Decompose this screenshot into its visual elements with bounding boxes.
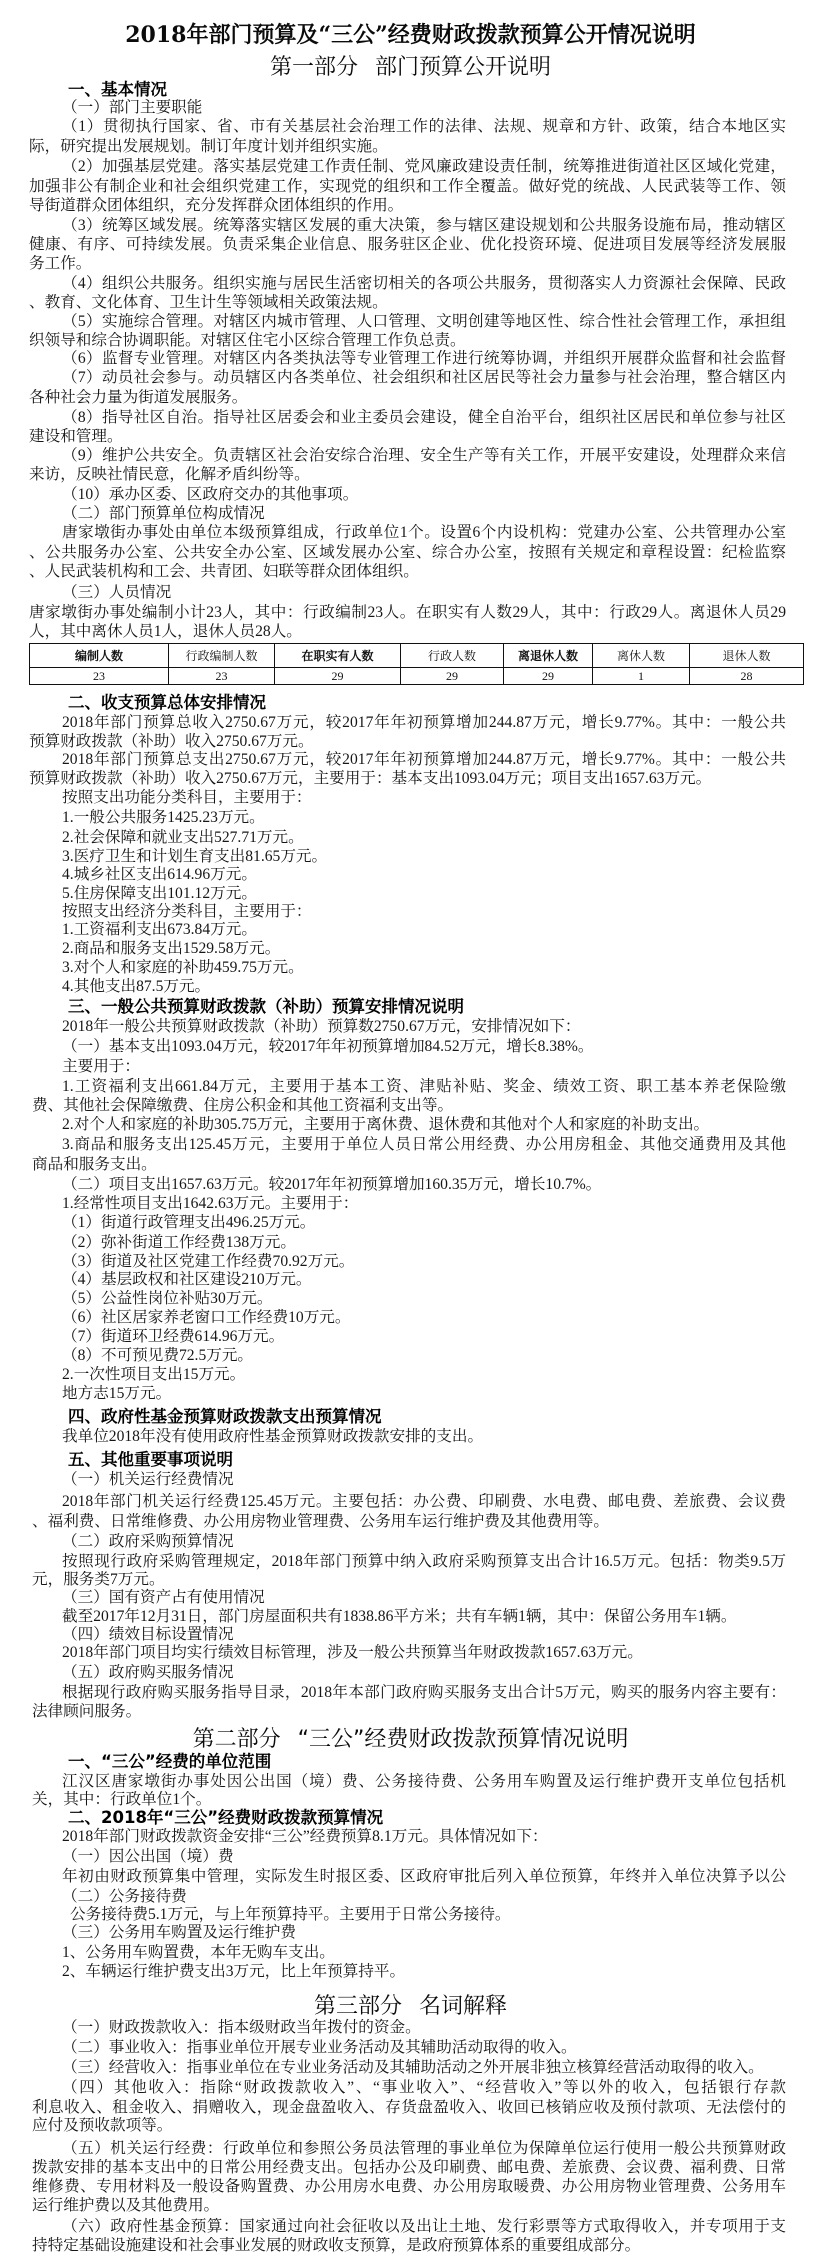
subsection-title: （二）部门预算单位构成情况 xyxy=(62,504,265,524)
text-line: 2018年部门预算总支出2750.67万元，较2017年年初预算增加244.87… xyxy=(62,750,786,770)
text-line: 法律顾问服务。 xyxy=(32,1702,141,1722)
list-item: 3.医疗卫生和计划生育支出81.65万元。 xyxy=(62,847,327,867)
text-line: 运行维护费以及其他费用。 xyxy=(32,2196,219,2216)
text-line: 建设和管理。 xyxy=(29,427,123,447)
text-line: 唐家墩街办事处编制小计23人，其中：行政编制23人。在职实有人数29人，其中：行… xyxy=(29,603,786,623)
text-line: 、教育、文化体育、卫生计生等领域相关政策法规。 xyxy=(29,293,388,313)
table-row: 23 23 29 29 29 1 28 xyxy=(30,668,804,685)
text-line: 预算财政拨款（补助）收入2750.67万元，主要用于：基本支出1093.04万元… xyxy=(29,769,711,789)
text-line: 人，其中离休人员1人，退休人员28人。 xyxy=(29,622,302,642)
part-heading: 第一部分 部门预算公开说明 xyxy=(0,54,821,82)
glossary-item: （二）事业收入：指事业单位开展专业业务活动及其辅助活动取得的收入。 xyxy=(62,2038,577,2058)
text-line: 主要用于： xyxy=(62,1057,140,1077)
text-line: 利息收入、租金收入、捐赠收入，现金盘盈收入、存货盘盈收入、收回已核销应收及预付款… xyxy=(32,2098,786,2118)
list-item: （4）基层政权和社区建设210万元。 xyxy=(62,1270,312,1290)
text-line: 2018年部门预算总收入2750.67万元，较2017年年初预算增加244.87… xyxy=(62,713,786,733)
text-line: 导街道群众团体组织，充分发挥群众团体组织的作用。 xyxy=(29,196,403,216)
text-line: 按照现行政府采购管理规定，2018年部门预算中纳入政府采购预算支出合计16.5万… xyxy=(62,1552,786,1572)
text-line: （4）组织公共服务。组织实施与居民生活密切相关的各项公共服务，贯彻落实人力资源社… xyxy=(62,274,786,294)
document-page: 2018年部门预算及“三公”经费财政拨款预算公开情况说明 第一部分 部门预算公开… xyxy=(0,0,821,2263)
table-header-cell: 在职实有人数 xyxy=(275,644,401,668)
list-item: 5.住房保障支出101.12万元。 xyxy=(62,884,257,904)
glossary-item: （五）机关运行经费：行政单位和参照公务员法管理的事业单位为保障单位运行使用一般公… xyxy=(62,2139,786,2159)
text-line: 持特定基础设施建设和社会事业发展的财政收支预算，是政府预算体系的重要组成部分。 xyxy=(32,2236,640,2256)
list-item: 1.一般公共服务1425.23万元。 xyxy=(62,808,265,828)
text-line: 维修费、专用材料及一般设备购置费、办公用房水电费、办公用房取暖费、办公用房物业管… xyxy=(32,2177,786,2197)
text-line: 按照支出经济分类科目，主要用于： xyxy=(62,902,312,922)
text-line: 应付及预收款项等。 xyxy=(32,2116,172,2136)
text-line: 来访，反映社情民意，化解矛盾纠纷等。 xyxy=(29,465,310,485)
table-cell: 23 xyxy=(30,668,169,685)
text-line: （9）维护公共安全。负责辖区社会治安综合治理、安全生产等有关工作，开展平安建设，… xyxy=(62,446,786,466)
text-line: （6）监督专业管理。对辖区内各类执法等专业管理工作进行统筹协调，并组织开展群众监… xyxy=(62,349,786,369)
text-line: 务工作。 xyxy=(29,254,91,274)
list-item: 4.其他支出87.5万元。 xyxy=(62,977,210,997)
table-header-cell: 离退休人数 xyxy=(504,644,593,668)
text-line: 年初由财政预算集中管理，实际发生时报区委、区政府审批后列入单位预算，年终并入单位… xyxy=(62,1867,786,1887)
text-line: （5）实施综合管理。对辖区内城市管理、人口管理、文明创建等地区性、综合性社会管理… xyxy=(62,312,786,332)
table-cell: 29 xyxy=(401,668,504,685)
glossary-item: （三）经营收入：指事业单位在专业业务活动及其辅助活动之外开展非独立核算经营活动取… xyxy=(62,2058,764,2078)
text-line: 、人民武装机构和工会、共青团、妇联等群众团体组织。 xyxy=(29,562,419,582)
text-line: 地方志15万元。 xyxy=(62,1384,171,1404)
list-item: （8）不可预见费72.5万元。 xyxy=(62,1346,253,1366)
section-heading: 四、政府性基金预算财政拨款支出预算情况 xyxy=(68,1407,382,1427)
subsection-title: （三）公务用车购置及运行维护费 xyxy=(62,1923,296,1943)
glossary-item: （四）其他收入：指除“财政拨款收入”、“事业收入”、“经营收入”等以外的收入，包… xyxy=(62,2078,786,2098)
text-line: 预算财政拨款（补助）收入2750.67万元。 xyxy=(29,732,314,752)
list-item: （1）街道行政管理支出496.25万元。 xyxy=(62,1213,315,1233)
list-item: （5）公益性岗位补贴30万元。 xyxy=(62,1289,273,1309)
subsection-title: （四）绩效目标设置情况 xyxy=(62,1625,234,1645)
list-item: 3.对个人和家庭的补助459.75万元。 xyxy=(62,958,304,978)
table-header-cell: 退休人数 xyxy=(690,644,804,668)
text-line: 根据现行政府购买服务指导目录，2018年本部门政府购买服务支出合计5万元，购买的… xyxy=(62,1683,786,1703)
section-heading: 一、基本情况 xyxy=(68,80,167,100)
text-line: 2018年部门机关运行经费125.45万元。主要包括：办公费、印刷费、水电费、邮… xyxy=(62,1492,786,1512)
subsection-title: （三）人员情况 xyxy=(62,583,171,603)
text-line: 健康、有序、可持续发展。负责采集企业信息、服务驻区企业、优化投资环境、促进项目发… xyxy=(29,235,786,255)
table-cell: 23 xyxy=(169,668,275,685)
list-item: 4.城乡社区支出614.96万元。 xyxy=(62,865,257,885)
text-line: 织领导和综合协调职能。对辖区住宅小区综合管理工作负总责。 xyxy=(29,331,466,351)
text-line: 1.工资福利支出661.84万元，主要用于基本工资、津贴补贴、奖金、绩效工资、职… xyxy=(62,1077,786,1097)
text-line: 我单位2018年没有使用政府性基金预算财政拨款安排的支出。 xyxy=(62,1427,483,1447)
table-header-cell: 行政编制人数 xyxy=(169,644,275,668)
text-line: 各种社会力量为街道发展服务。 xyxy=(29,388,247,408)
list-item: （6）社区居家养老窗口工作经费10万元。 xyxy=(62,1308,351,1328)
part-heading: 第三部分 名词解释 xyxy=(0,1993,821,2021)
table-cell: 29 xyxy=(275,668,401,685)
text-line: 加强非公有制企业和社会组织党建工作，实现党的组织和工作全覆盖。做好党的统战、人民… xyxy=(29,177,786,197)
text-line: 2.对个人和家庭的补助305.75万元，主要用于离休费、退休费和其他对个人和家庭… xyxy=(62,1115,709,1135)
subsection-title: （二）项目支出1657.63万元。较2017年年初预算增加160.35万元，增长… xyxy=(62,1175,601,1195)
subsection-title: （五）政府购买服务情况 xyxy=(62,1663,234,1683)
text-line: 费、其他社会保障缴费、住房公积金和其他工资福利支出等。 xyxy=(32,1096,453,1116)
subsection-title: （一）部门主要职能 xyxy=(62,98,202,118)
text-line: 3.商品和服务支出125.45万元，主要用于单位人员日常公用经费、办公用房租金、… xyxy=(62,1135,786,1155)
list-item: （7）街道环卫经费614.96万元。 xyxy=(62,1327,284,1347)
section-heading: 五、其他重要事项说明 xyxy=(68,1450,233,1470)
staff-table: 编制人数 行政编制人数 在职实有人数 行政人数 离退休人数 离休人数 退休人数 … xyxy=(29,643,804,685)
table-cell: 29 xyxy=(504,668,593,685)
list-item: 2、车辆运行维护费支出3万元，比上年预算持平。 xyxy=(62,1962,405,1982)
text-line: 1.经常性项目支出1642.63万元。主要用于： xyxy=(62,1194,358,1214)
text-line: （1）贯彻执行国家、省、市有关基层社会治理工作的法律、法规、规章和方针、政策，结… xyxy=(62,117,786,137)
subsection-title: （二）公务接待费 xyxy=(62,1887,187,1907)
part-heading: 第二部分 “三公”经费财政拨款预算情况说明 xyxy=(0,1726,821,1754)
list-item: （3）街道及社区党建工作经费70.92万元。 xyxy=(62,1252,354,1272)
subsection-title: （二）政府采购预算情况 xyxy=(62,1532,234,1552)
section-heading: 一、“三公”经费的单位范围 xyxy=(68,1752,271,1772)
glossary-item: （六）政府性基金预算：国家通过向社会征收以及出让土地、发行彩票等方式取得收入，并… xyxy=(62,2217,786,2237)
list-item: 2.社会保障和就业支出527.71万元。 xyxy=(62,828,304,848)
text-line: 截至2017年12月31日，部门房屋面积共有1838.86平方米；共有车辆1辆，… xyxy=(62,1607,736,1627)
text-line: 拨款安排的基本支出中的日常公用经费支出。包括办公及印刷费、邮电费、差旅费、会议费… xyxy=(32,2158,786,2178)
text-line: （3）统筹区域发展。统筹落实辖区发展的重大决策，参与辖区建设规划和公共服务设施布… xyxy=(62,216,786,236)
list-item: 1.工资福利支出673.84万元。 xyxy=(62,920,257,940)
subsection-title: （一）机关运行经费情况 xyxy=(62,1470,234,1490)
subsection-title: （三）国有资产占有使用情况 xyxy=(62,1588,265,1608)
section-heading: 三、一般公共预算财政拨款（补助）预算安排情况说明 xyxy=(68,997,464,1017)
text-line: 唐家墩街办事处由单位本级预算组成，行政单位1个。设置6个内设机构：党建办公室、公… xyxy=(62,523,786,543)
table-header-cell: 离休人数 xyxy=(593,644,690,668)
text-line: 、公共服务办公室、公共安全办公室、区域发展办公室、综合办公室，按照有关规定和章程… xyxy=(29,543,786,563)
table-header-cell: 编制人数 xyxy=(30,644,169,668)
text-line: 公务接待费5.1万元，与上年预算持平。主要用于日常公务接待。 xyxy=(70,1905,511,1925)
text-line: 2.一次性项目支出15万元。 xyxy=(62,1365,245,1385)
table-cell: 28 xyxy=(690,668,804,685)
text-line: （10）承办区委、区政府交办的其他事项。 xyxy=(62,485,358,505)
section-heading: 二、2018年“三公”经费财政拨款预算情况 xyxy=(68,1808,383,1828)
table-cell: 1 xyxy=(593,668,690,685)
text-line: 江汉区唐家墩街办事处因公出国（境）费、公务接待费、公务用车购置及运行维护费开支单… xyxy=(62,1772,786,1792)
subsection-title: （一）因公出国（境）费 xyxy=(62,1847,234,1867)
text-line: 2018年部门财政拨款资金安排“三公”经费预算8.1万元。具体情况如下： xyxy=(62,1827,548,1847)
text-line: （8）指导社区自治。指导社区居委会和业主委员会建设，健全自治平台，组织社区居民和… xyxy=(62,408,786,428)
text-line: 际，研究提出发展规划。制订年度计划并组织实施。 xyxy=(29,137,388,157)
list-item: （2）弥补街道工作经费138万元。 xyxy=(62,1233,296,1253)
text-line: 2018年部门项目均实行绩效目标管理，涉及一般公共预算当年财政拨款1657.63… xyxy=(62,1643,643,1663)
text-line: （2）加强基层党建。落实基层党建工作责任制、党风廉政建设责任制，统筹推进街道社区… xyxy=(62,157,786,177)
text-line: 元，服务类7万元。 xyxy=(32,1570,165,1590)
text-line: 2018年一般公共预算财政拨款（补助）预算数2750.67万元，安排情况如下： xyxy=(62,1017,581,1037)
subsection-title: （一）基本支出1093.04万元，较2017年年初预算增加84.52万元，增长8… xyxy=(62,1037,593,1057)
list-item: 2.商品和服务支出1529.58万元。 xyxy=(62,939,280,959)
text-line: 按照支出功能分类科目，主要用于： xyxy=(62,788,312,808)
text-line: （7）动员社会参与。动员辖区内各类单位、社会组织和社区居民等社会力量参与社会治理… xyxy=(62,368,786,388)
glossary-item: （一）财政拨款收入：指本级财政当年拨付的资金。 xyxy=(62,2018,421,2038)
section-heading: 二、收支预算总体安排情况 xyxy=(68,693,266,713)
text-line: 关，其中：行政单位1个。 xyxy=(32,1790,211,1810)
table-header-cell: 行政人数 xyxy=(401,644,504,668)
text-line: 商品和服务支出。 xyxy=(32,1155,157,1175)
text-line: 、福利费、日常维修费、办公用房物业管理费、公务用车运行维护费及其他费用等。 xyxy=(32,1512,609,1532)
table-header-row: 编制人数 行政编制人数 在职实有人数 行政人数 离退休人数 离休人数 退休人数 xyxy=(30,644,804,668)
list-item: 1、公务用车购置费，本年无购车支出。 xyxy=(62,1943,335,1963)
document-title: 2018年部门预算及“三公”经费财政拨款预算公开情况说明 xyxy=(0,21,821,49)
